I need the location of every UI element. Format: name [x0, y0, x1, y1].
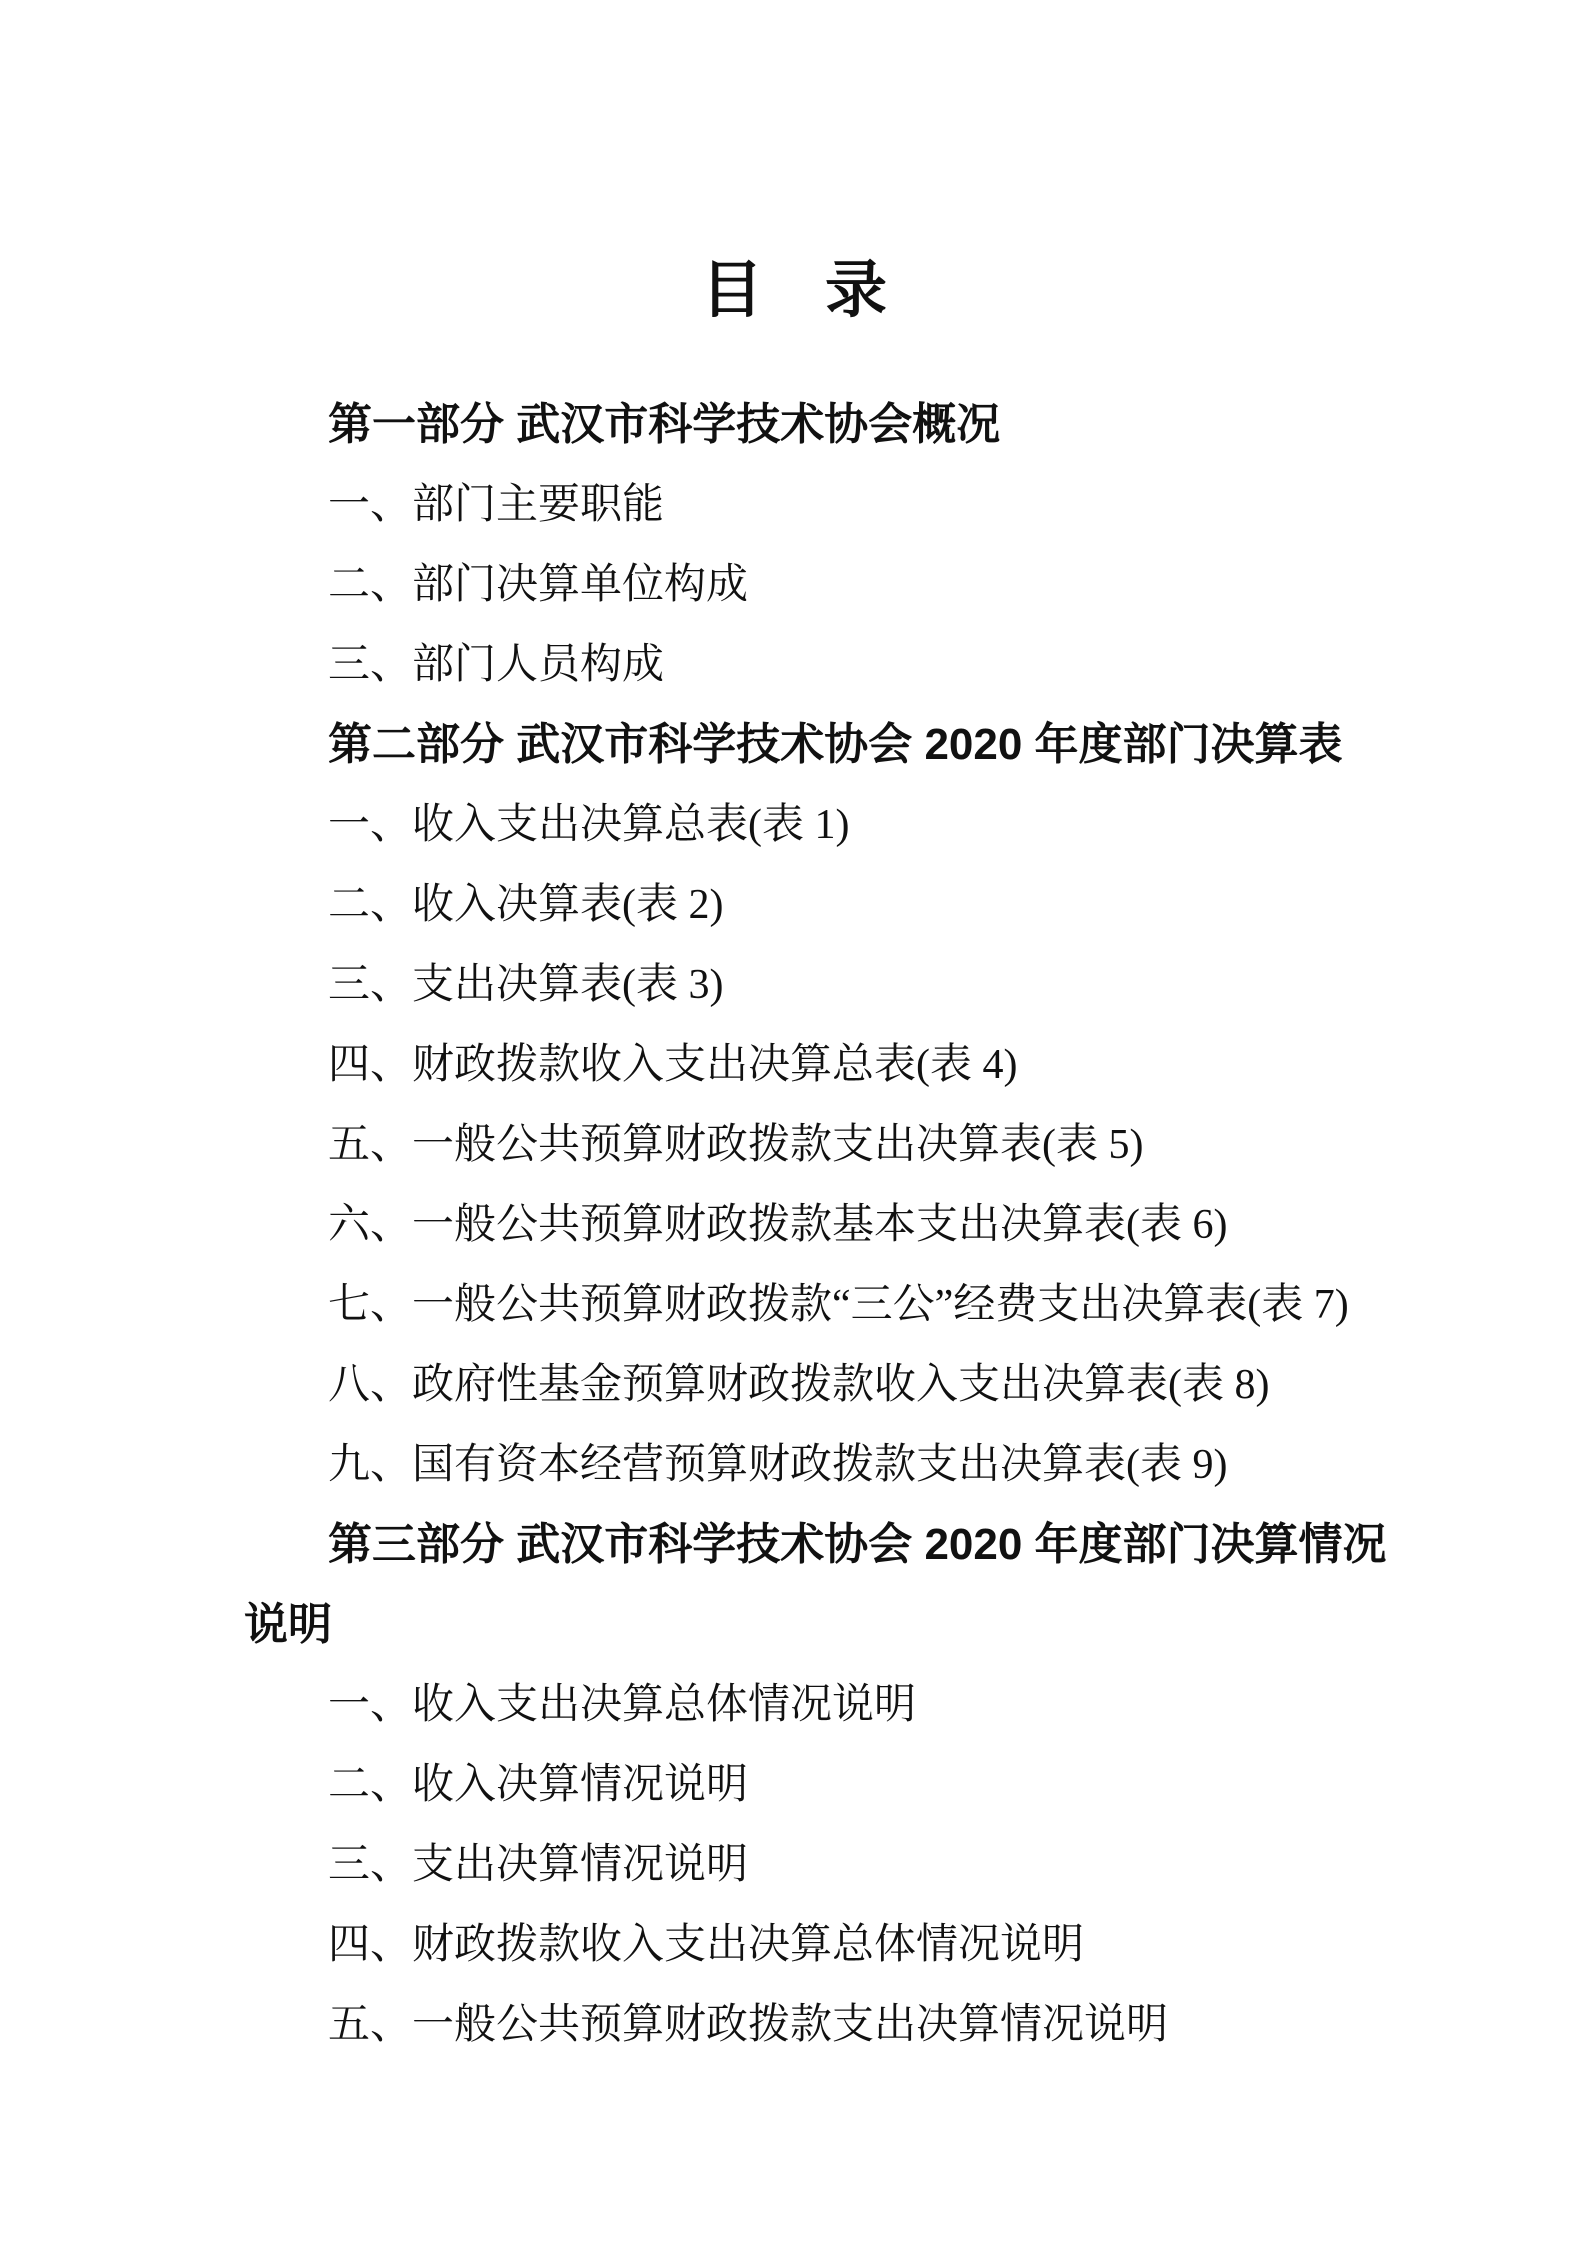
toc-item: 三、支出决算表(表 3) — [244, 945, 1544, 1025]
toc-item: 一、收入支出决算总体情况说明 — [244, 1665, 1544, 1745]
document-page: 目 录 第一部分 武汉市科学技术协会概况 一、部门主要职能 二、部门决算单位构成… — [0, 0, 1588, 2246]
section-3-heading-line2: 说明 — [244, 1585, 1544, 1665]
toc-item: 三、支出决算情况说明 — [244, 1825, 1544, 1905]
section-3-heading-line1: 第三部分 武汉市科学技术协会 2020 年度部门决算情况 — [244, 1505, 1544, 1585]
toc-item: 一、收入支出决算总表(表 1) — [244, 785, 1544, 865]
toc-item: 六、一般公共预算财政拨款基本支出决算表(表 6) — [244, 1185, 1544, 1265]
toc-item: 四、财政拨款收入支出决算总体情况说明 — [244, 1905, 1544, 1985]
toc-item: 一、部门主要职能 — [244, 465, 1544, 545]
toc-item: 二、收入决算表(表 2) — [244, 865, 1544, 945]
toc-item: 七、一般公共预算财政拨款“三公”经费支出决算表(表 7) — [244, 1265, 1544, 1345]
toc-item: 五、一般公共预算财政拨款支出决算情况说明 — [244, 1985, 1544, 2065]
toc-item: 四、财政拨款收入支出决算总表(表 4) — [244, 1025, 1544, 1105]
toc-item: 二、收入决算情况说明 — [244, 1745, 1544, 1825]
section-1-heading: 第一部分 武汉市科学技术协会概况 — [244, 385, 1544, 465]
toc-item: 九、国有资本经营预算财政拨款支出决算表(表 9) — [244, 1425, 1544, 1505]
page-title: 目 录 — [0, 255, 1588, 327]
section-2-heading: 第二部分 武汉市科学技术协会 2020 年度部门决算表 — [244, 705, 1544, 785]
toc-item: 八、政府性基金预算财政拨款收入支出决算表(表 8) — [244, 1345, 1544, 1425]
toc-item: 三、部门人员构成 — [244, 625, 1544, 705]
toc-item: 五、一般公共预算财政拨款支出决算表(表 5) — [244, 1105, 1544, 1185]
toc-item: 二、部门决算单位构成 — [244, 545, 1544, 625]
table-of-contents: 第一部分 武汉市科学技术协会概况 一、部门主要职能 二、部门决算单位构成 三、部… — [244, 385, 1544, 2065]
